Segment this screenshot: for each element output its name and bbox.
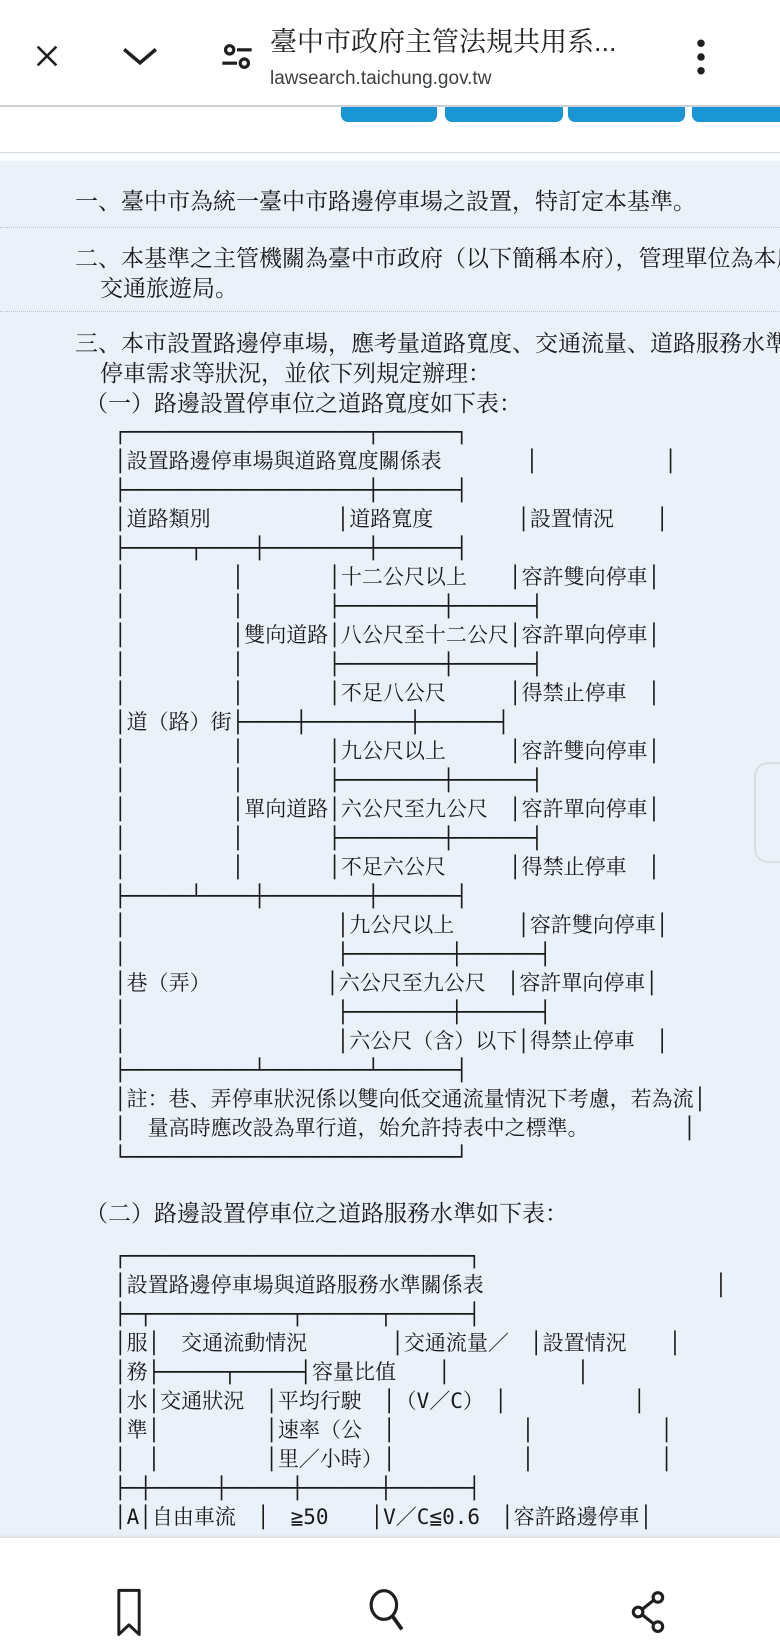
search-icon [365,1587,409,1640]
page-title: 臺中市政府主管法規共用系... [270,20,680,59]
page-nav-button-2[interactable] [445,107,563,122]
page-nav-band [0,107,780,153]
close-button[interactable] [30,39,64,73]
site-title-block: 臺中市政府主管法規共用系... lawsearch.taichung.gov.t… [270,20,680,90]
close-icon [32,41,62,71]
article-2-line-2: 交通旅遊局。 [0,273,780,303]
page-nav-button-3[interactable] [568,107,685,122]
subsection-2-title: （二）路邊設置停車位之道路服務水準如下表： [0,1198,780,1228]
menu-button[interactable] [688,36,714,78]
page-url: lawsearch.taichung.gov.tw [270,68,680,90]
article-3-line-2: 停車需求等狀況，並依下列規定辦理： [0,358,780,388]
tune-sliders-icon [221,43,253,70]
article-2-line-1: 二、本基準之主管機關為臺中市政府（以下簡稱本府），管理單位為本府 [0,243,780,273]
page-nav-button-4[interactable] [692,107,780,122]
collapse-button[interactable] [119,44,161,68]
scrollbar-thumb[interactable] [754,762,780,863]
chevron-down-icon [121,47,159,66]
law-article-2: 二、本基準之主管機關為臺中市政府（以下簡稱本府），管理單位為本府 交通旅遊局。 [0,228,780,312]
bottom-toolbar [0,1537,780,1651]
subsection-1-title: （一）路邊設置停車位之道路寬度如下表： [0,388,780,418]
browser-header: 臺中市政府主管法規共用系... lawsearch.taichung.gov.t… [0,0,780,105]
share-button[interactable] [630,1586,670,1638]
article-1-text: 一、臺中市為統一臺中市路邊停車場之設置，特訂定本基準。 [0,186,780,216]
page-nav-button-1[interactable] [341,107,437,122]
law-content: 一、臺中市為統一臺中市路邊停車場之設置，特訂定本基準。 二、本基準之主管機關為臺… [0,153,780,1537]
article-3-line-1: 三、本市設置路邊停車場，應考量道路寬度、交通流量、道路服務水準及 [0,328,780,358]
content-top-gap [0,153,780,161]
road-width-table: ┌───────────────────┬──────┐ │設置路邊停車場與道路… [114,418,780,1172]
bookmark-icon [113,1587,147,1639]
law-article-3: 三、本市設置路邊停車場，應考量道路寬度、交通流量、道路服務水準及 停車需求等狀況… [0,312,780,1532]
tune-button[interactable] [220,42,254,70]
kebab-menu-icon [696,38,706,76]
header-divider [0,105,780,107]
search-button[interactable] [365,1586,409,1641]
bookmark-button[interactable] [113,1586,147,1640]
law-article-1: 一、臺中市為統一臺中市路邊停車場之設置，特訂定本基準。 [0,161,780,228]
share-icon [630,1587,670,1637]
service-level-table: ┌───────────────────────────┐ │設置路邊停車場與道… [114,1242,780,1532]
screen: 臺中市政府主管法規共用系... lawsearch.taichung.gov.t… [0,0,780,1651]
